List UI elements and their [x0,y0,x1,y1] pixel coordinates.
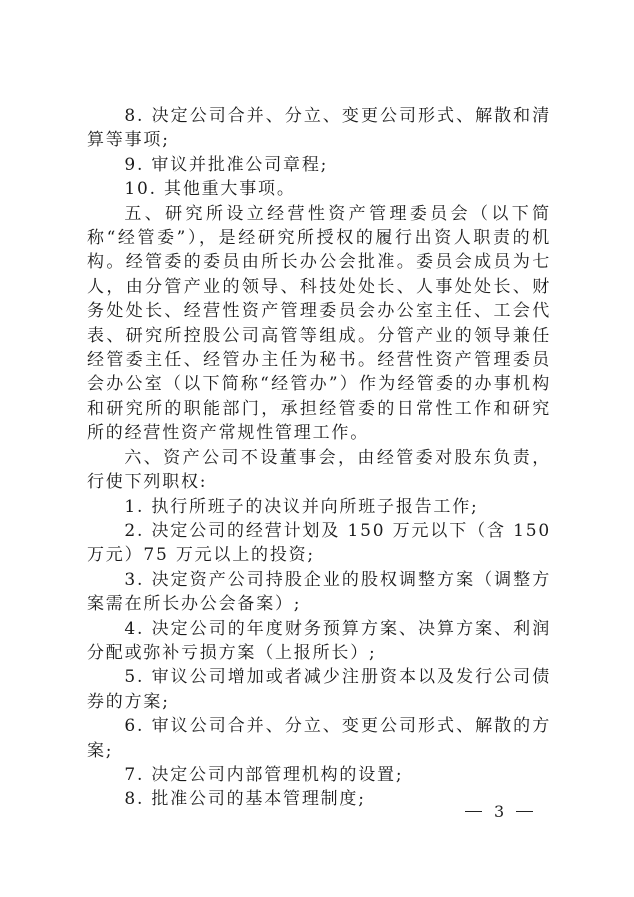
paragraph-power-3: 3. 决定资产公司持股企业的股权调整方案（调整方案需在所长办公会备案）; [87,568,551,617]
dash-left [465,811,482,812]
paragraph-item-8-merger: 8. 决定公司合并、分立、变更公司形式、解散和清算等事项; [87,104,551,153]
paragraph-power-1: 1. 执行所班子的决议并向所班子报告工作; [87,495,551,519]
paragraph-section-5-committee: 五、研究所设立经营性资产管理委员会（以下简称“经管委”），是经研究所授权的履行出… [87,202,551,446]
paragraph-section-6-powers: 六、资产公司不设董事会，由经管委对股东负责，行使下列职权: [87,446,551,495]
paragraph-power-2: 2. 决定公司的经营计划及 150 万元以下（含 150 万元）75 万元以上的… [87,519,551,568]
document-body: 8. 决定公司合并、分立、变更公司形式、解散和清算等事项; 9. 审议并批准公司… [87,104,551,812]
paragraph-power-6: 6. 审议公司合并、分立、变更公司形式、解散的方案; [87,714,551,763]
page-footer: 3 [465,802,533,821]
paragraph-power-4: 4. 决定公司的年度财务预算方案、决算方案、利润分配或弥补亏损方案（上报所长）; [87,617,551,666]
page-number: 3 [494,802,504,821]
paragraph-power-7: 7. 决定公司内部管理机构的设置; [87,763,551,787]
paragraph-item-10-other: 10. 其他重大事项。 [87,177,551,201]
paragraph-power-5: 5. 审议公司增加或者减少注册资本以及发行公司债券的方案; [87,665,551,714]
paragraph-item-9-charter: 9. 审议并批准公司章程; [87,153,551,177]
dash-right [516,811,533,812]
